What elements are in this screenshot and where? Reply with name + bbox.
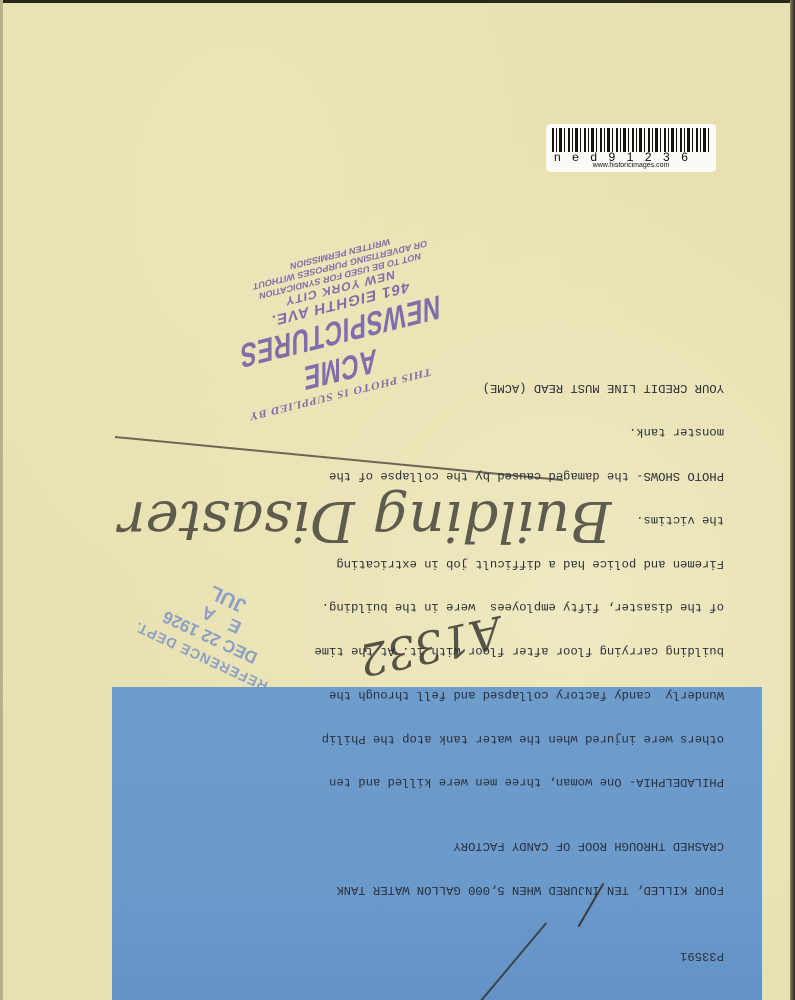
scan-top-edge [0,0,795,3]
caption-body-line: building carrying floor after floor with… [124,644,724,659]
caption-photo-shows: PHOTO SHOWS- the damaged caused by the c… [124,468,724,483]
caption-body-line: of the disaster, fifty employees were in… [124,600,724,615]
caption-credit-line: YOUR CREDIT LINE MUST READ (ACME) [124,381,724,396]
caption-body-line: the victims. [124,512,724,527]
caption-headline: CRASHED THROUGH ROOF OF CANDY FACTORY [124,839,724,854]
caption-body-line: others were injured when the water tank … [124,731,724,746]
barcode-label: ned91236 www.historicimages.com [546,124,716,172]
caption-content: P33591 FOUR KILLED, TEN INJURED WHEN 5,0… [112,687,762,1000]
scan-right-edge [790,0,795,1000]
caption-body-line: Wunderly candy factory collapsed and fel… [124,687,724,702]
caption-body-line: Firemen and police had a difficult job i… [124,556,724,571]
caption-body-line: PHILADELPHIA- One woman, three men were … [124,775,724,790]
caption-photo-shows: monster tank. [124,425,724,440]
photo-back-paper: ned91236 www.historicimages.com THIS PHO… [0,0,795,1000]
barcode-url: www.historicimages.com [546,162,716,169]
caption-sheet: P33591 FOUR KILLED, TEN INJURED WHEN 5,0… [112,687,762,1000]
barcode-icon [552,128,710,152]
scan-left-edge [0,0,3,1000]
caption-id: P33591 [124,948,724,963]
caption-text: P33591 FOUR KILLED, TEN INJURED WHEN 5,0… [124,352,724,992]
caption-headline: FOUR KILLED, TEN INJURED WHEN 5,000 GALL… [124,882,724,897]
